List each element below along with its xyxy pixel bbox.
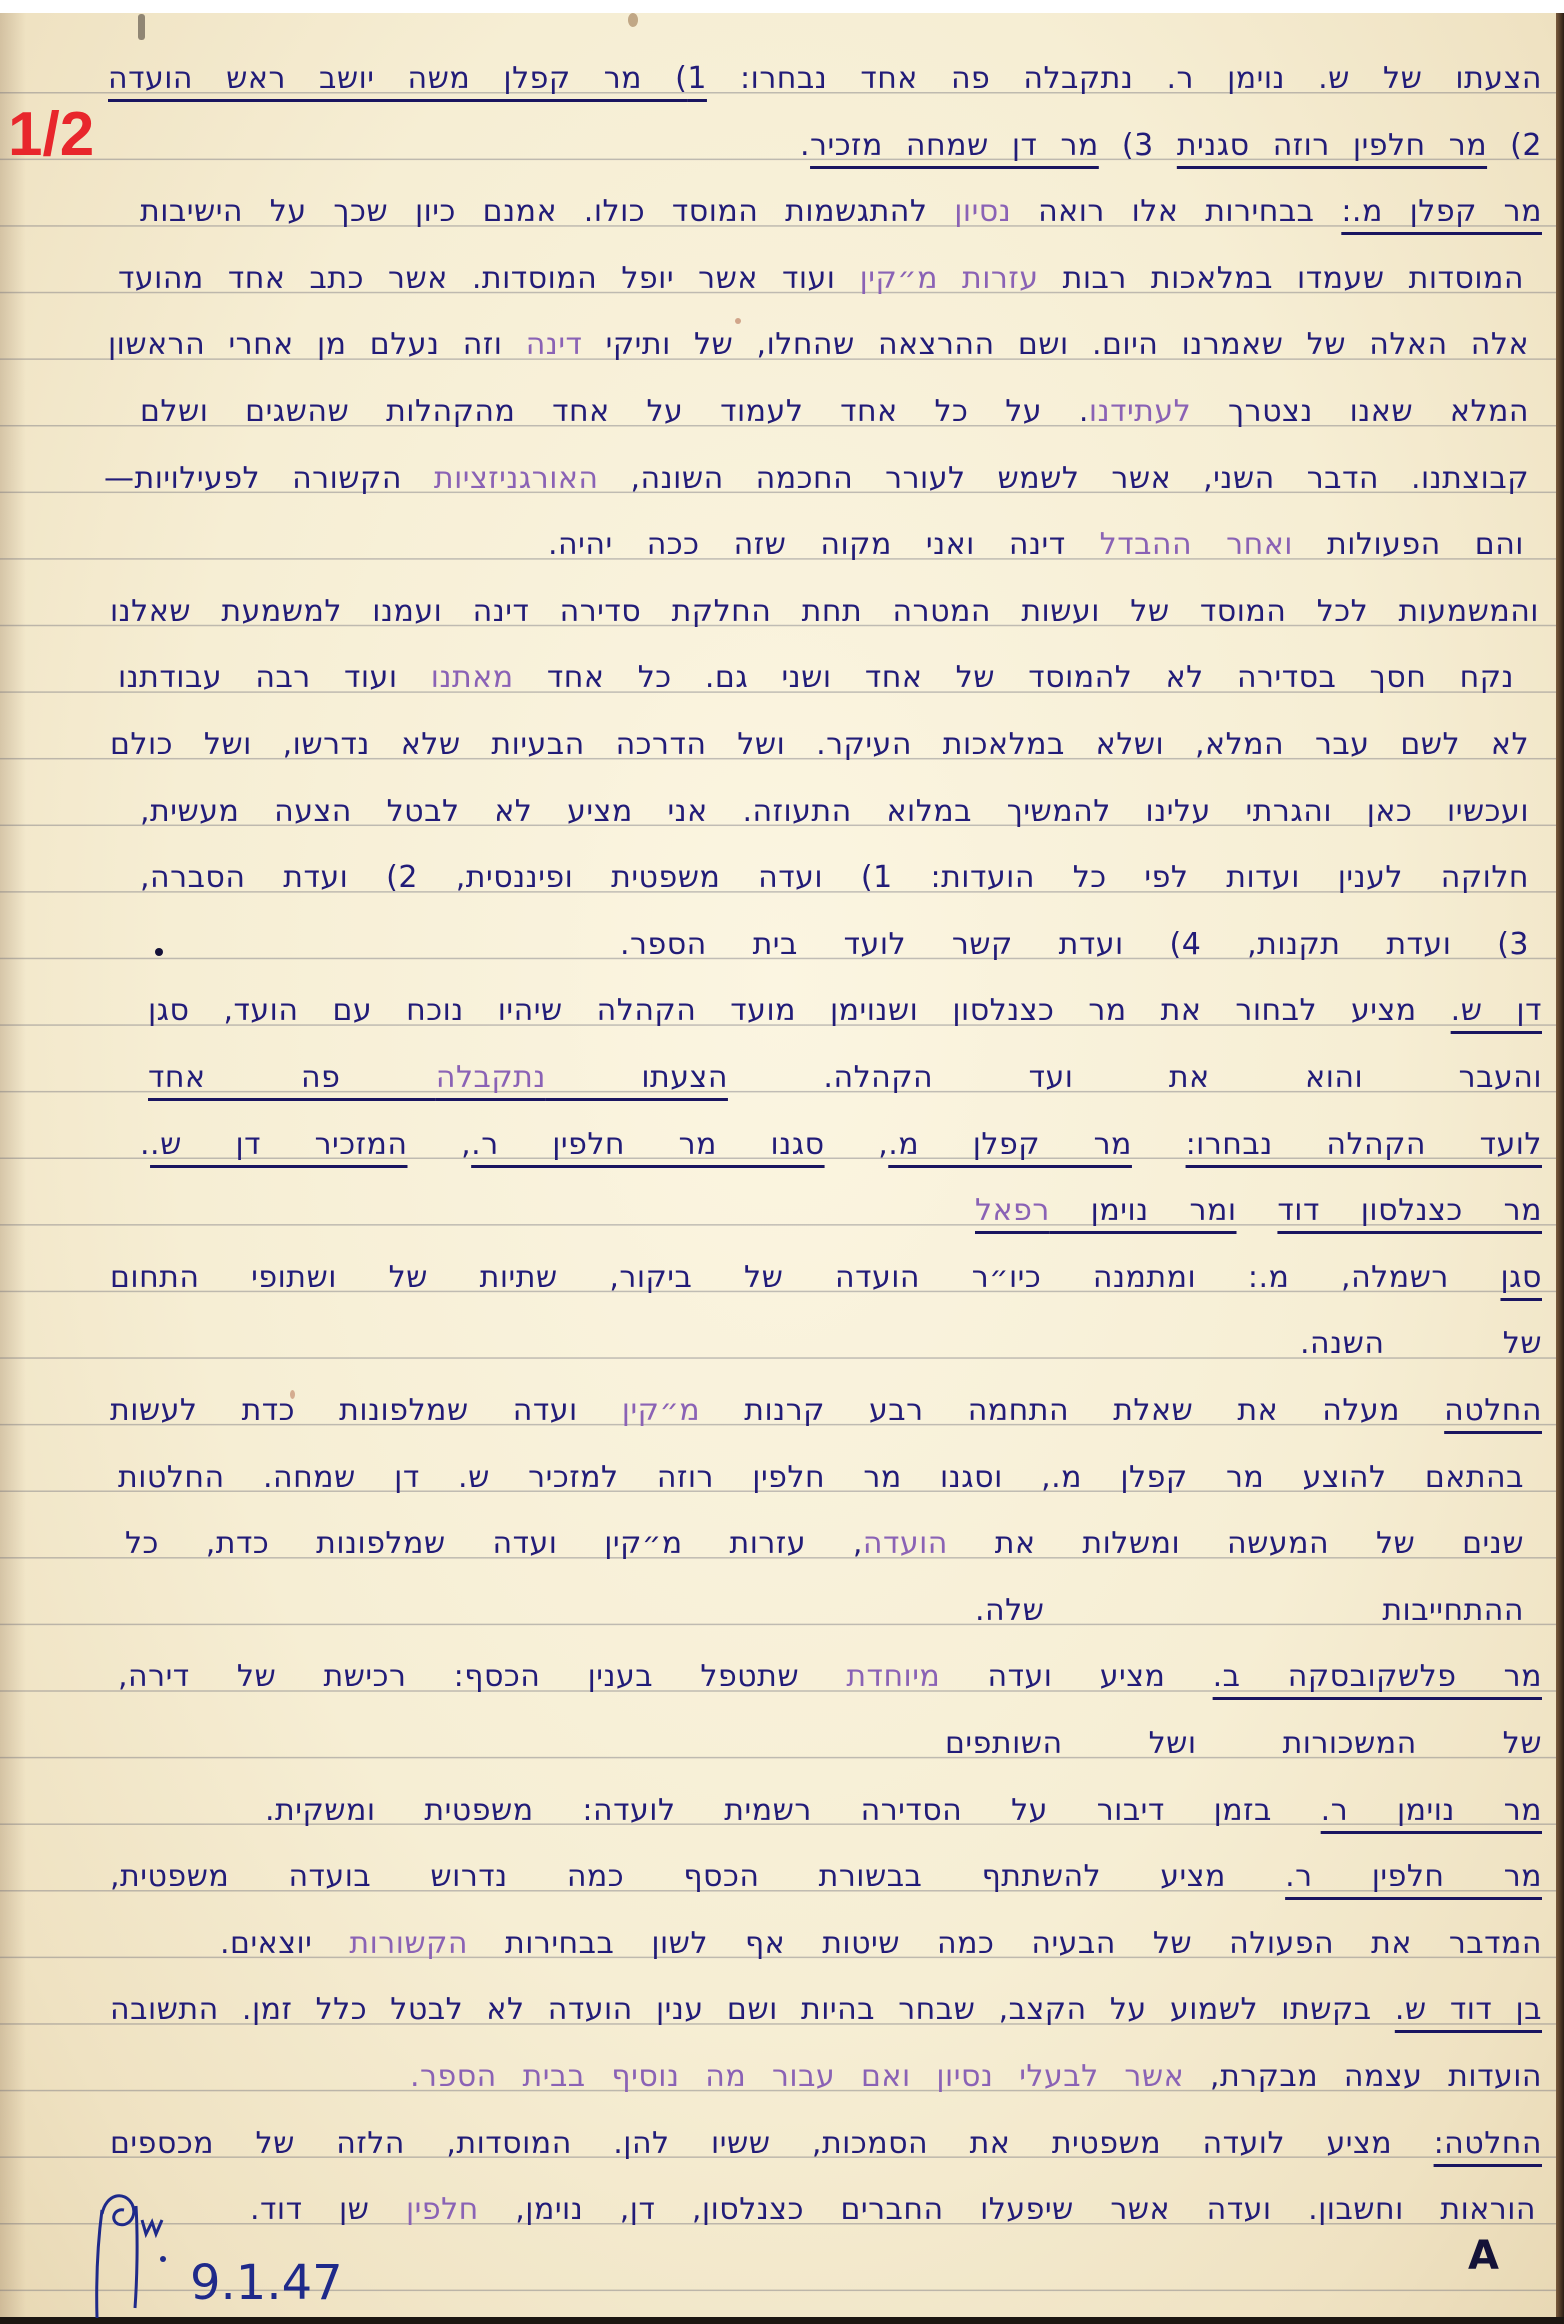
line-text: קבוצתנו. הדבר השני, אשר לשמש לעורר החכמה…	[599, 461, 1529, 496]
line-text	[1132, 1127, 1186, 1162]
text-line: מר חלפין ר. מציע להשתתף בבשורת הכסף כמה …	[110, 1852, 1542, 1902]
line-text: מעלה את שאלת התחמה רבע קרנות	[700, 1393, 1444, 1428]
line-text: בהתאם להוצע מר קפלן מ., וסגנו מר חלפין ר…	[118, 1460, 1524, 1495]
speaker-name: מר חלפין ר.	[1285, 1859, 1542, 1894]
resolution-heading: החלטה	[1444, 1393, 1542, 1428]
line-text: המלא שאנו נצטרך	[1191, 394, 1529, 429]
light-ink-text: נסיון	[954, 194, 1011, 229]
line-text: מציע לועדה משפטית את הסמכות, ששיו להן. ה…	[110, 2126, 1434, 2161]
underlined-text: הצעתו	[546, 1060, 728, 1095]
line-text: .	[140, 1127, 150, 1162]
line-text: נקח חסך בסדירה לא להמוסד של אחד ושני גם.…	[514, 660, 1514, 695]
text-line: המלא שאנו נצטרך לעתידנו. על כל אחד לעמוד…	[140, 387, 1529, 437]
text-line: החלטה: מציע לועדה משפטית את הסמכות, ששיו…	[110, 2119, 1542, 2169]
speaker-name: מר נוימן ר.	[1321, 1793, 1542, 1828]
text-line: נקח חסך בסדירה לא להמוסד של אחד ושני גם.…	[118, 653, 1514, 703]
line-text: הוראות וחשבון. ועדה אשר שיפעלו החברים כצ…	[479, 2192, 1536, 2227]
underlined-text: סגנו מר חלפין ר.	[471, 1127, 824, 1162]
resolution-heading: החלטה:	[1434, 2126, 1542, 2161]
light-ink-text: אשר לבעלי נסיון ואם עבור מה נוסיף בבית ה…	[410, 2059, 1184, 2094]
underlined-text: מר כצנלסון דוד	[1277, 1193, 1542, 1228]
speaker-name: בן דוד ש.	[1395, 1992, 1542, 2027]
speaker-name: סגן	[1500, 1260, 1542, 1295]
light-ink-text: האורגניזציות	[434, 461, 599, 496]
text-line: הוראות וחשבון. ועדה אשר שיפעלו החברים כצ…	[250, 2185, 1536, 2235]
speaker-name: מר קפלן מ.:	[1341, 194, 1542, 229]
text-line: ועכשיו כאן והגרתי עלינו להמשיך במלוא התע…	[140, 787, 1529, 837]
line-text	[1237, 1193, 1278, 1228]
line-text: דינה ואני מקוה שזה ככה יהיה.	[548, 527, 1100, 562]
text-line: בהתאם להוצע מר קפלן מ., וסגנו מר חלפין ר…	[118, 1453, 1524, 1503]
text-line: סגן רשמלה, מ.: ומתמנה כיו״ר הועדה של ביק…	[110, 1253, 1542, 1303]
line-text: . על כל אחד לעמוד על אחד מהקהלות שהשגים …	[140, 394, 1089, 429]
signature	[80, 2180, 190, 2320]
line-text: ,	[825, 1127, 889, 1162]
light-ink-text: ואחר ההבדל	[1100, 527, 1293, 562]
text-line: והעבר והוא את ועד הקהלה. הצעתו נתקבלה פה…	[148, 1053, 1542, 1103]
light-ink-text: חלפין	[406, 2192, 479, 2227]
text-line: מר כצנלסון דוד ומר נוימן רפאל	[975, 1186, 1542, 1236]
underlined-text: ומר נוימן	[1050, 1193, 1237, 1228]
light-ink-text: עזרות מ״קין	[860, 261, 1039, 296]
speaker-name: מר פלשקובסקה ב.	[1213, 1659, 1542, 1694]
line-text: , עזרות מ״קין ועדה שמלפונות כדת, כל	[125, 1526, 863, 1561]
page-edge-right	[1556, 13, 1564, 2324]
line-text: בקשתו לשמוע על הקצב, שבחר בהיות ושם ענין…	[110, 1992, 1395, 2027]
text-line: המדבר את הפעולה של הבעיה כמה שיטות אף לש…	[220, 1919, 1542, 1969]
line-text: הצעתו של ש. נוימן ר. נתקבלה פה אחד נבחרו…	[707, 61, 1542, 96]
line-text: הועדות עצמה מבקרת,	[1184, 2059, 1542, 2094]
line-text: שנים של המעשה ומשלות את	[948, 1526, 1524, 1561]
underlined-text: מר קפלן מ.	[888, 1127, 1132, 1162]
line-text: רשמלה, מ.: ומתמנה כיו״ר הועדה של ביקור, …	[110, 1260, 1500, 1295]
text-line: לועד הקהלה נבחרו: מר קפלן מ., סגנו מר חל…	[140, 1120, 1542, 1170]
text-line: והמשמעות לכל המוסד של ועשות המטרה תחת הח…	[110, 587, 1539, 637]
page-number-label: 1/2	[8, 104, 94, 166]
line-text: והם הפעולות	[1293, 527, 1524, 562]
ink-dot	[155, 948, 163, 956]
line-text: ,	[408, 1127, 472, 1162]
text-line: דן ש. מציע לבחור את מר כצנלסון ושנוימן מ…	[148, 986, 1542, 1036]
line-text: 2)	[1487, 128, 1542, 163]
page-edge-bottom	[0, 2317, 1564, 2324]
line-text: ההתחייבות שלה.	[975, 1593, 1524, 1628]
line-text: של המשכורות ושל השותפים	[945, 1726, 1542, 1761]
line-text: להתגשמות המוסד כולו. אמנם כיון שכך על הי…	[140, 194, 954, 229]
text-line: 3) ועדת תקנות, 4) ועדת קשר לועד בית הספר…	[620, 920, 1529, 970]
underlined-text: מר חלפין רוזה סגנית	[1177, 128, 1487, 163]
line-text: המוסדות שעמדו במלאכות רבות	[1039, 261, 1524, 296]
line-text: והעבר והוא את ועד הקהלה.	[728, 1060, 1542, 1095]
underlined-text: נתקבלה	[436, 1060, 546, 1095]
light-ink-text: לעתידנו	[1089, 394, 1191, 429]
text-line: של השנה.	[1300, 1319, 1542, 1369]
text-line: מר פלשקובסקה ב. מציע ועדה מיוחדת שתטפל ב…	[118, 1652, 1542, 1702]
light-ink-text: הועדה	[863, 1526, 948, 1561]
line-text: המדבר את הפעולה של הבעיה כמה שיטות אף לש…	[468, 1926, 1542, 1961]
corner-mark: A	[1468, 2232, 1499, 2280]
text-line: ההתחייבות שלה.	[975, 1586, 1524, 1636]
line-text: אלה האלה של שאמרנו היום. ושם ההרצאה שהחל…	[582, 327, 1529, 362]
text-line: אלה האלה של שאמרנו היום. ושם ההרצאה שהחל…	[108, 320, 1529, 370]
line-text: של השנה.	[1300, 1326, 1542, 1361]
line-text: .	[800, 128, 810, 163]
text-line: הועדות עצמה מבקרת, אשר לבעלי נסיון ואם ע…	[410, 2052, 1542, 2102]
line-text: מציע לבחור את מר כצנלסון ושנוימן מועד הק…	[148, 993, 1451, 1028]
line-text: 3) ועדת תקנות, 4) ועדת קשר לועד בית הספר…	[620, 927, 1529, 962]
light-ink-text: מיוחדת	[846, 1659, 940, 1694]
line-text: מציע ועדה	[940, 1659, 1212, 1694]
light-ink-text: מ״קין	[622, 1393, 700, 1428]
text-line: קבוצתנו. הדבר השני, אשר לשמש לעורר החכמה…	[104, 454, 1529, 504]
line-text: ועוד אשר יופל המוסדות. אשר כתב אחד מהועד	[118, 261, 860, 296]
paper-stain	[628, 13, 638, 27]
light-ink-text: מאתנו	[431, 660, 514, 695]
line-text: וזה נעלם מן אחרי הראשון	[108, 327, 526, 362]
text-line: הצעתו של ש. נוימן ר. נתקבלה פה אחד נבחרו…	[108, 54, 1542, 104]
line-text: לא לשם עבר המלא, ושלא במלאכות העיקר. ושל…	[110, 727, 1529, 762]
line-text: ועכשיו כאן והגרתי עלינו להמשיך במלוא התע…	[140, 794, 1529, 829]
text-line: המוסדות שעמדו במלאכות רבות עזרות מ״קין ו…	[118, 254, 1524, 304]
line-text: הקשורה לפעילויות—	[104, 461, 434, 496]
line-text: והמשמעות לכל המוסד של ועשות המטרה תחת הח…	[110, 594, 1539, 629]
underlined-text: מר דן שמחה מזכיר	[810, 128, 1099, 163]
text-line: 2) מר חלפין רוזה סגנית 3) מר דן שמחה מזכ…	[800, 121, 1542, 171]
text-line: מר נוימן ר. בזמן דיבור על הסדירה רשמית ל…	[265, 1786, 1542, 1836]
text-line: מר קפלן מ.: בבחירות אלו רואה נסיון להתגש…	[140, 187, 1542, 237]
document-date: 9.1.47	[190, 2255, 343, 2311]
text-line: בן דוד ש. בקשתו לשמוע על הקצב, שבחר בהיו…	[110, 1985, 1542, 2035]
underlined-text: המזכיר דן ש.	[150, 1127, 407, 1162]
line-text: 3)	[1099, 128, 1177, 163]
line-text: ועדה שמלפונות כדת לעשות	[110, 1393, 622, 1428]
line-text: חלוקה לענין ועדות לפי כל הועדות: 1) ועדה…	[140, 860, 1529, 895]
text-line: והם הפעולות ואחר ההבדל דינה ואני מקוה שז…	[548, 520, 1524, 570]
line-text: ועוד רבה עבודתנו	[118, 660, 431, 695]
speaker-name: דן ש.	[1451, 993, 1542, 1028]
line-text: שן דוד.	[250, 2192, 406, 2227]
ink-smudge	[138, 14, 145, 40]
line-text: בבחירות אלו רואה	[1011, 194, 1341, 229]
underlined-text: רפאל	[975, 1193, 1050, 1228]
underlined-text: פה אחד	[148, 1060, 436, 1095]
text-line: שנים של המעשה ומשלות את הועדה, עזרות מ״ק…	[125, 1519, 1524, 1569]
line-text: שתטפל בענין הכסף: רכישת של דירה,	[118, 1659, 846, 1694]
line-text: בזמן דיבור על הסדירה רשמית לועדה: משפטית…	[265, 1793, 1321, 1828]
ink-dot	[160, 2256, 166, 2262]
text-line: לא לשם עבר המלא, ושלא במלאכות העיקר. ושל…	[110, 720, 1529, 770]
text-line: החלטה מעלה את שאלת התחמה רבע קרנות מ״קין…	[110, 1386, 1542, 1436]
text-line: של המשכורות ושל השותפים	[945, 1719, 1542, 1769]
line-text: יוצאים.	[220, 1926, 349, 1961]
underlined-text: 1) מר קפלן משה יושב ראש הועדה	[108, 61, 707, 96]
light-ink-text: דינה	[526, 327, 583, 362]
line-text: מציע להשתתף בבשורת הכסף כמה נדרוש בועדה …	[110, 1859, 1285, 1894]
underlined-text: לועד הקהלה נבחרו:	[1186, 1127, 1542, 1162]
light-ink-text: הקשורות	[349, 1926, 468, 1961]
text-line: חלוקה לענין ועדות לפי כל הועדות: 1) ועדה…	[140, 853, 1529, 903]
